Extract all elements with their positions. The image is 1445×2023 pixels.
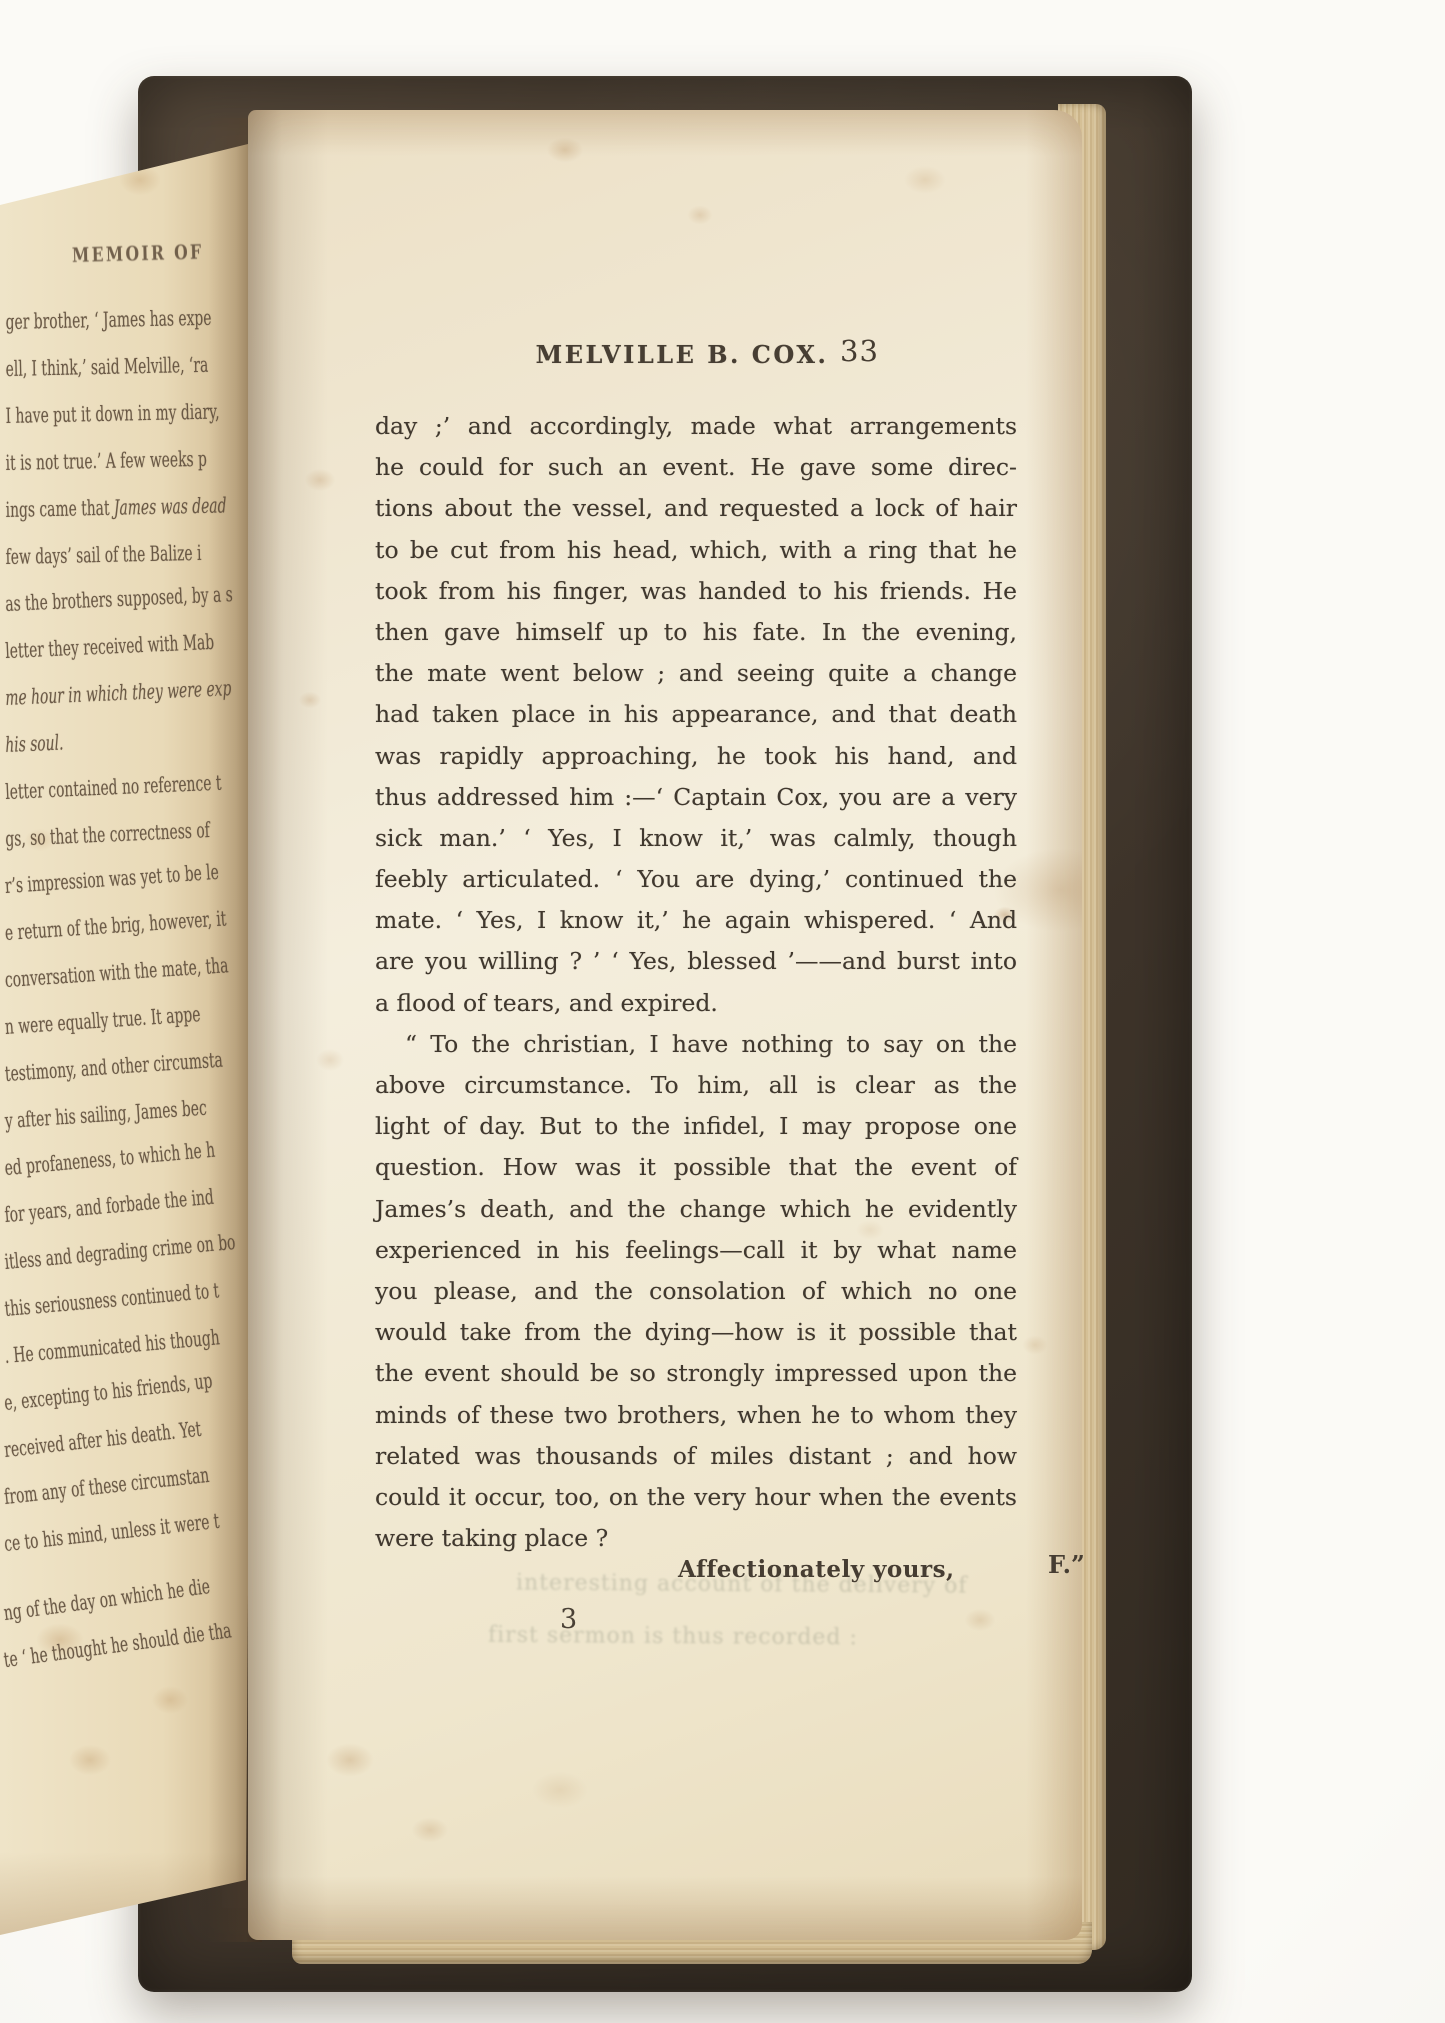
body-line: are you willing ? ’ ‘ Yes, blessed ’——an… <box>375 941 1017 982</box>
line-fragment: ng of the day on which he die <box>2 1574 211 1625</box>
body-line: day ;’ and accordingly, made what arrang… <box>375 406 1017 447</box>
right-page: MELVILLE B. COX. 33 day ;’ and according… <box>248 110 1082 1940</box>
body-line: question. How was it possible that the e… <box>375 1147 1017 1188</box>
body-line: to be cut from his head, which, with a r… <box>375 530 1017 571</box>
page-number: 33 <box>840 334 879 368</box>
body-line: the event should be so strongly impresse… <box>375 1353 1017 1394</box>
body-line: were taking place ? <box>375 1518 1017 1559</box>
body-line: thus addressed him :—‘ Captain Cox, you … <box>375 777 1017 818</box>
body-line: “ To the christian, I have nothing to sa… <box>375 1024 1017 1065</box>
line-fragment: few days’ sail of the Balize i <box>5 541 201 569</box>
body-line: minds of these two brothers, when he to … <box>375 1395 1017 1436</box>
show-through-text: first sermon is thus recorded : <box>488 1623 858 1651</box>
line-fragment-italic: James was dead <box>114 493 227 519</box>
body-line: took from his finger, was handed to his … <box>375 571 1017 612</box>
running-header: MELVILLE B. COX. <box>361 340 1003 369</box>
body-line: a flood of tears, and expired. <box>375 983 1017 1024</box>
left-page-line: I have put it down in my diary, <box>5 398 283 451</box>
line-fragment: it is not true.’ A few weeks p <box>5 447 207 475</box>
body-line: mate. ‘ Yes, I know it,’ he again whispe… <box>375 900 1017 941</box>
line-fragment: I have put it down in my diary, <box>5 400 219 428</box>
body-line: experienced in his feelings—call it by w… <box>375 1230 1017 1271</box>
signature-initial: F.” <box>1048 1550 1085 1579</box>
body-line: the mate went below ; and seeing quite a… <box>375 653 1017 694</box>
body-line: would take from the dying—how is it poss… <box>375 1312 1017 1353</box>
line-fragment: ell, I think,’ said Melville, ‘ra <box>5 353 208 381</box>
line-fragment-italic: his soul. <box>5 730 64 757</box>
line-fragment: ger brother, ‘ James has expe <box>5 306 211 334</box>
left-page-line: it is not true.’ A few weeks p <box>5 445 283 498</box>
body-line: above circumstance. To him, all is clear… <box>375 1065 1017 1106</box>
body-line: you please, and the consolation of which… <box>375 1271 1017 1312</box>
body-line: he could for such an event. He gave some… <box>375 447 1017 488</box>
body-line: then gave himself up to his fate. In the… <box>375 612 1017 653</box>
body-line: related was thousands of miles distant ;… <box>375 1436 1017 1477</box>
line-fragment: ings came that <box>5 496 114 522</box>
body-line: feebly articulated. ‘ You are dying,’ co… <box>375 859 1017 900</box>
body-line: sick man.’ ‘ Yes, I know it,’ was calmly… <box>375 818 1017 859</box>
body-line: had taken place in his appearance, and t… <box>375 694 1017 735</box>
book-photo: MEMOIR OF ger brother, ‘ James has expe … <box>0 0 1445 2023</box>
gathering-mark: 3 <box>560 1604 577 1635</box>
left-page-line: ger brother, ‘ James has expe <box>5 304 283 357</box>
body-line: could it occur, too, on the very hour wh… <box>375 1477 1017 1518</box>
closing-line: Affectionately yours, <box>678 1556 955 1583</box>
left-page-line: ings came that James was dead <box>5 492 283 545</box>
left-page-line: ell, I think,’ said Melville, ‘ra <box>5 351 283 404</box>
left-page: MEMOIR OF ger brother, ‘ James has expe … <box>0 118 262 1942</box>
left-page-header: MEMOIR OF <box>72 240 204 267</box>
body-text: day ;’ and accordingly, made what arrang… <box>375 406 1017 1559</box>
body-line: light of day. But to the infidel, I may … <box>375 1106 1017 1147</box>
body-line: James’s death, and the change which he e… <box>375 1189 1017 1230</box>
body-line: was rapidly approaching, he took his han… <box>375 736 1017 777</box>
body-line: tions about the vessel, and requested a … <box>375 488 1017 529</box>
